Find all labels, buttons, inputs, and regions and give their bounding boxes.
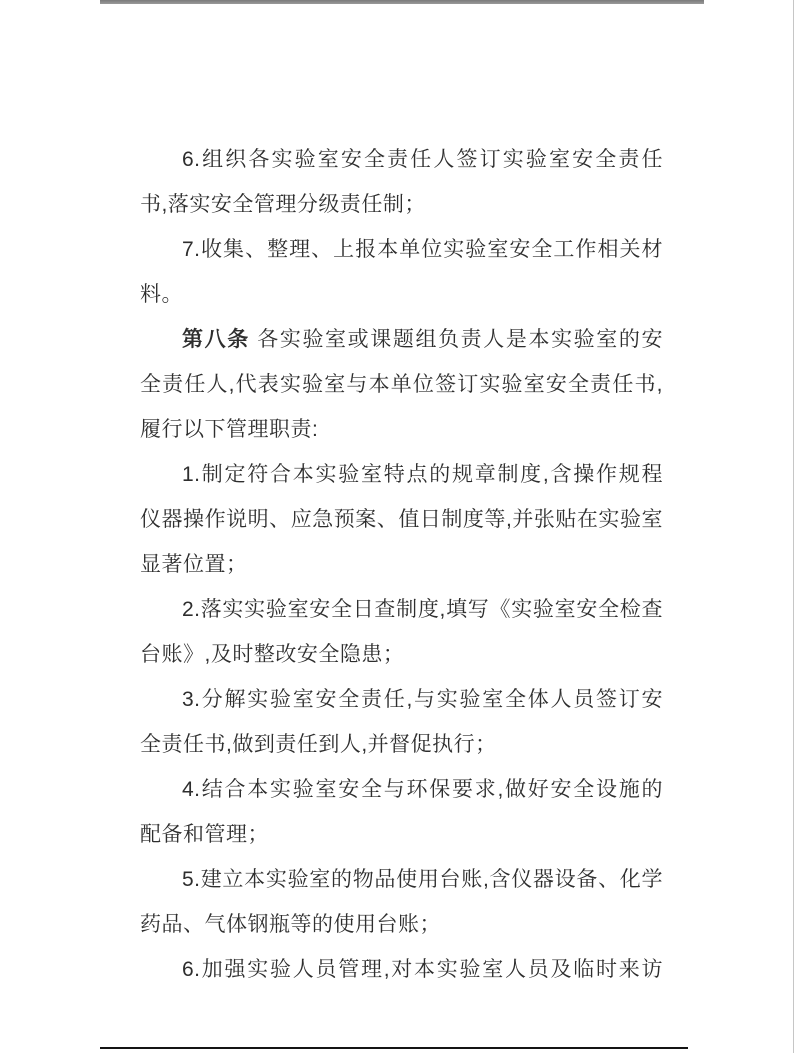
text-line: 全责任人,代表实验室与本单位签订实验室安全责任书,	[140, 362, 663, 407]
text-line: 配备和管理；	[140, 812, 663, 857]
document-page: 6.组织各实验室安全责任人签订实验室安全责任书,落实安全管理分级责任制；7.收集…	[0, 0, 800, 1053]
text-line: 7.收集、整理、上报本单位实验室安全工作相关材	[140, 227, 663, 272]
text-line: 6.加强实验人员管理,对本实验室人员及临时来访	[140, 947, 663, 992]
text-line: 书,落实安全管理分级责任制；	[140, 182, 663, 227]
text-line: 6.组织各实验室安全责任人签订实验室安全责任	[140, 137, 663, 182]
text-line: 显著位置；	[140, 542, 663, 587]
text-line: 2.落实实验室安全日查制度,填写《实验室安全检查	[140, 587, 663, 632]
text-line: 药品、气体钢瓶等的使用台账；	[140, 902, 663, 947]
article-number: 第八条	[182, 328, 250, 351]
text-line: 5.建立本实验室的物品使用台账,含仪器设备、化学	[140, 857, 663, 902]
page-bottom-border	[100, 1047, 688, 1049]
text-line: 仪器操作说明、应急预案、值日制度等,并张贴在实验室	[140, 497, 663, 542]
text-line: 1.制定符合本实验室特点的规章制度,含操作规程	[140, 452, 663, 497]
text-line: 履行以下管理职责:	[140, 407, 663, 452]
text-line: 台账》,及时整改安全隐患；	[140, 632, 663, 677]
page-top-border	[100, 0, 704, 4]
text-line: 全责任书,做到责任到人,并督促执行；	[140, 722, 663, 767]
text-line: 料。	[140, 272, 663, 317]
text-line: 3.分解实验室安全责任,与实验室全体人员签订安	[140, 677, 663, 722]
page-right-border	[793, 0, 794, 1053]
document-body: 6.组织各实验室安全责任人签订实验室安全责任书,落实安全管理分级责任制；7.收集…	[140, 137, 663, 992]
text-line: 第八条 各实验室或课题组负责人是本实验室的安	[140, 317, 663, 362]
text-line: 4.结合本实验室安全与环保要求,做好安全设施的	[140, 767, 663, 812]
